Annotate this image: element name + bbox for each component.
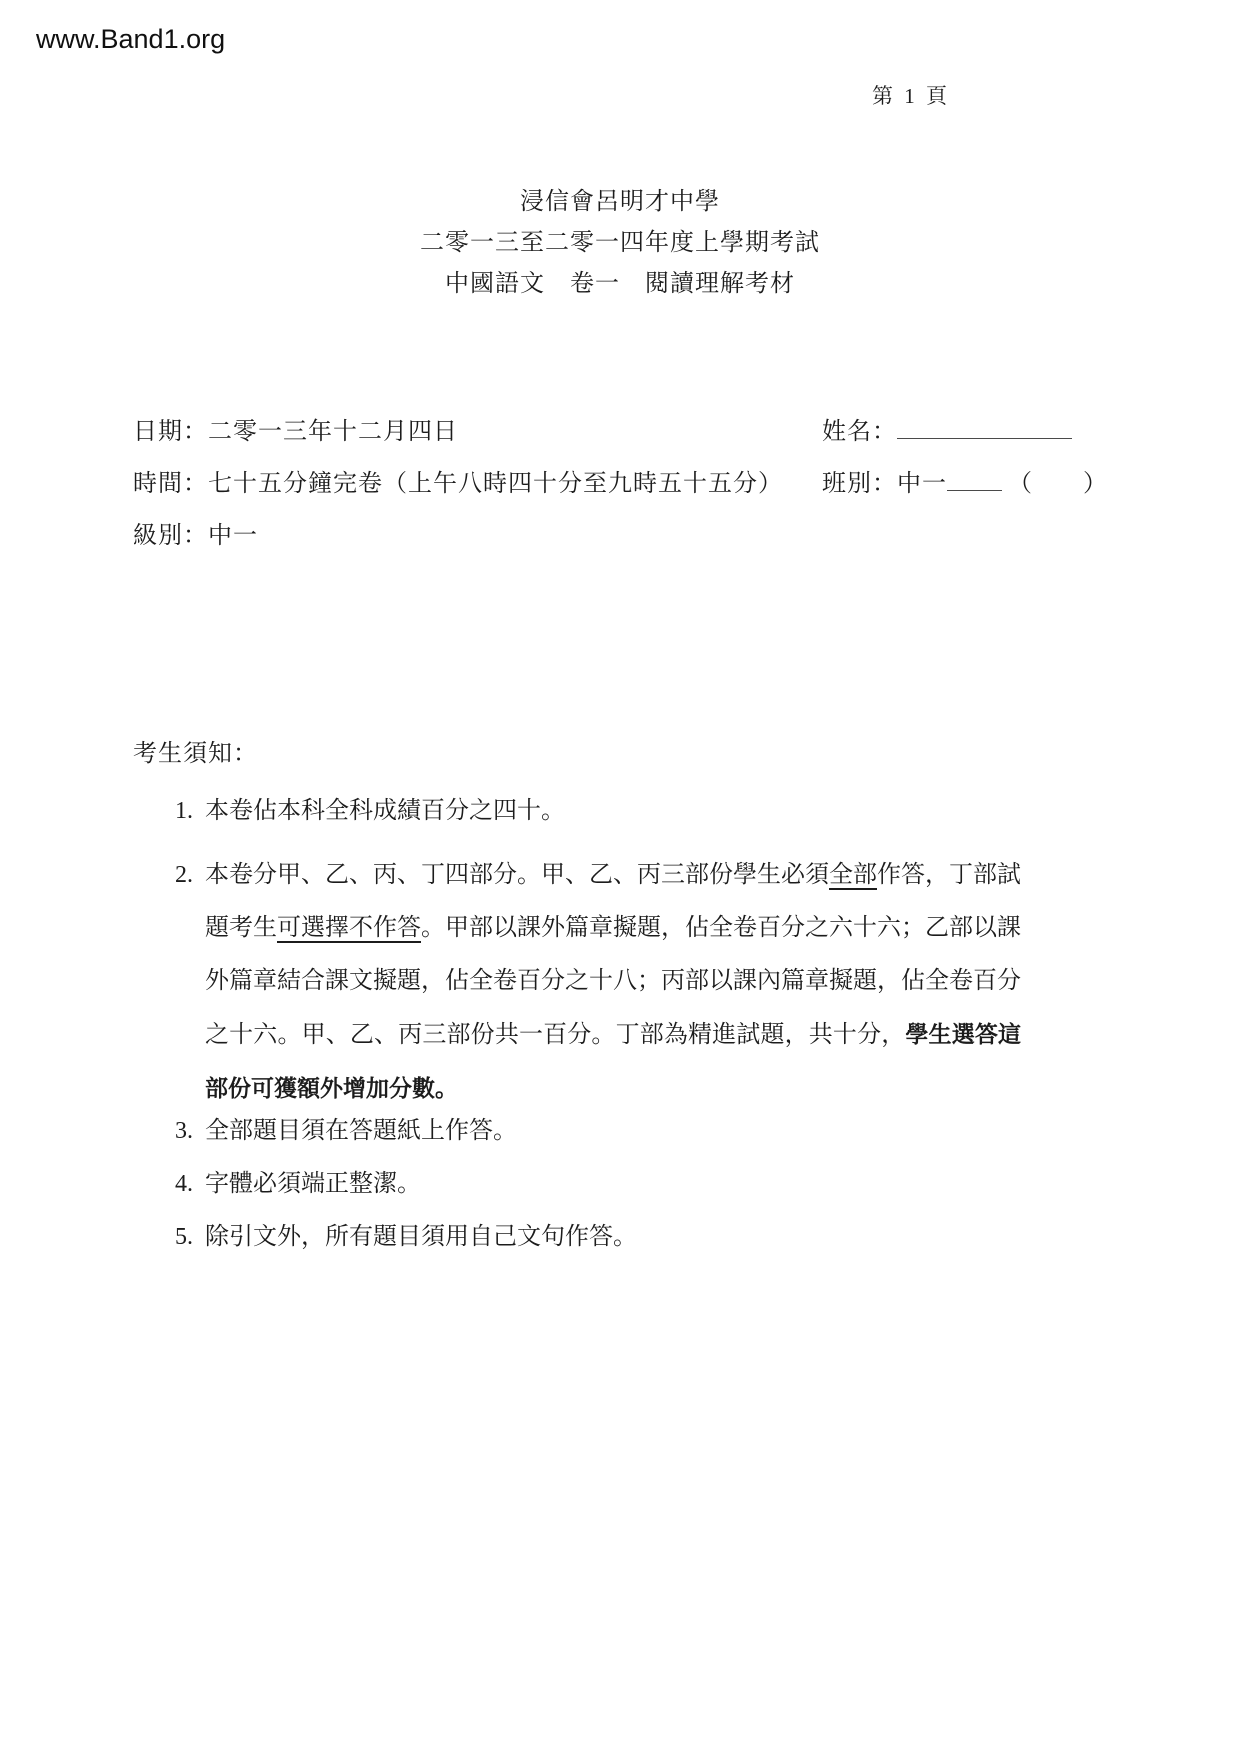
notice-item: 5.除引文外，所有題目須用自己文句作答。 xyxy=(175,1222,1240,1253)
exam-cover-page: { "watermark": "www.Band1.org", "page_nu… xyxy=(0,0,1240,1754)
notice-item-text: 本卷佔本科全科成績百分之四十。 xyxy=(205,796,1021,827)
info-block: 日期：二零一三年十二月四日 姓名： 時間：七十五分鐘完卷（上午八時四十分至九時五… xyxy=(133,411,1240,567)
level-row: 級別：中一 xyxy=(133,515,1240,567)
notice-item-number: 4. xyxy=(175,1169,205,1200)
text-segment: 字體必須端正整潔。 xyxy=(205,1171,421,1197)
class-field: 班別：中一（ ） xyxy=(822,463,1108,498)
notice-item-number: 2. xyxy=(175,849,205,1116)
level-value: 中一 xyxy=(208,523,258,549)
time-value: 七十五分鐘完卷（上午八時四十分至九時五十五分） xyxy=(208,471,783,497)
watermark-url: www.Band1.org xyxy=(36,24,225,55)
date-value: 二零一三年十二月四日 xyxy=(208,419,458,445)
notice-item: 2.本卷分甲、乙、丙、丁四部分。甲、乙、丙三部份學生必須全部作答，丁部試題考生可… xyxy=(175,849,1240,1116)
notice-item: 4.字體必須端正整潔。 xyxy=(175,1169,1240,1200)
notice-list: 1.本卷佔本科全科成績百分之四十。2.本卷分甲、乙、丙、丁四部分。甲、乙、丙三部… xyxy=(175,796,1240,1253)
underlined-text: 全部 xyxy=(829,862,877,888)
class-paren: （ ） xyxy=(1008,471,1108,497)
underlined-text: 可選擇不作答 xyxy=(277,915,421,941)
name-fill-line xyxy=(897,413,1072,439)
school-name: 浸信會呂明才中學 xyxy=(0,182,1240,223)
class-value: 中一 xyxy=(897,471,947,497)
level-label: 級別： xyxy=(133,523,208,549)
notice-item-text: 全部題目須在答題紙上作答。 xyxy=(205,1116,1021,1147)
text-segment: 除引文外，所有題目須用自己文句作答。 xyxy=(205,1224,637,1250)
notice-item-text: 除引文外，所有題目須用自己文句作答。 xyxy=(205,1222,1021,1253)
name-label: 姓名： xyxy=(822,419,897,445)
notice-heading: 考生須知： xyxy=(133,733,1240,768)
text-segment: 本卷佔本科全科成績百分之四十。 xyxy=(205,798,565,824)
notice-item-number: 1. xyxy=(175,796,205,827)
class-label: 班別： xyxy=(822,471,897,497)
name-field: 姓名： xyxy=(822,411,1072,446)
page-number: 第 1 頁 xyxy=(872,80,950,110)
paper-title: 中國語文 卷一 閱讀理解考材 xyxy=(0,264,1240,305)
text-segment: 本卷分甲、乙、丙、丁四部分。甲、乙、丙三部份學生必須 xyxy=(205,862,829,888)
exam-session-title: 二零一三至二零一四年度上學期考試 xyxy=(0,223,1240,264)
notice-item: 1.本卷佔本科全科成績百分之四十。 xyxy=(175,796,1240,827)
notice-item-number: 5. xyxy=(175,1222,205,1253)
date-row: 日期：二零一三年十二月四日 姓名： xyxy=(133,411,1240,463)
time-row: 時間：七十五分鐘完卷（上午八時四十分至九時五十五分） 班別：中一（ ） xyxy=(133,463,1240,515)
notice-item-text: 本卷分甲、乙、丙、丁四部分。甲、乙、丙三部份學生必須全部作答，丁部試題考生可選擇… xyxy=(205,849,1021,1116)
notice-item: 3.全部題目須在答題紙上作答。 xyxy=(175,1116,1240,1147)
text-segment: 全部題目須在答題紙上作答。 xyxy=(205,1118,517,1144)
time-label: 時間： xyxy=(133,471,208,497)
notice-item-text: 字體必須端正整潔。 xyxy=(205,1169,1021,1200)
date-label: 日期： xyxy=(133,419,208,445)
class-fill-line xyxy=(947,465,1002,491)
notice-item-number: 3. xyxy=(175,1116,205,1147)
